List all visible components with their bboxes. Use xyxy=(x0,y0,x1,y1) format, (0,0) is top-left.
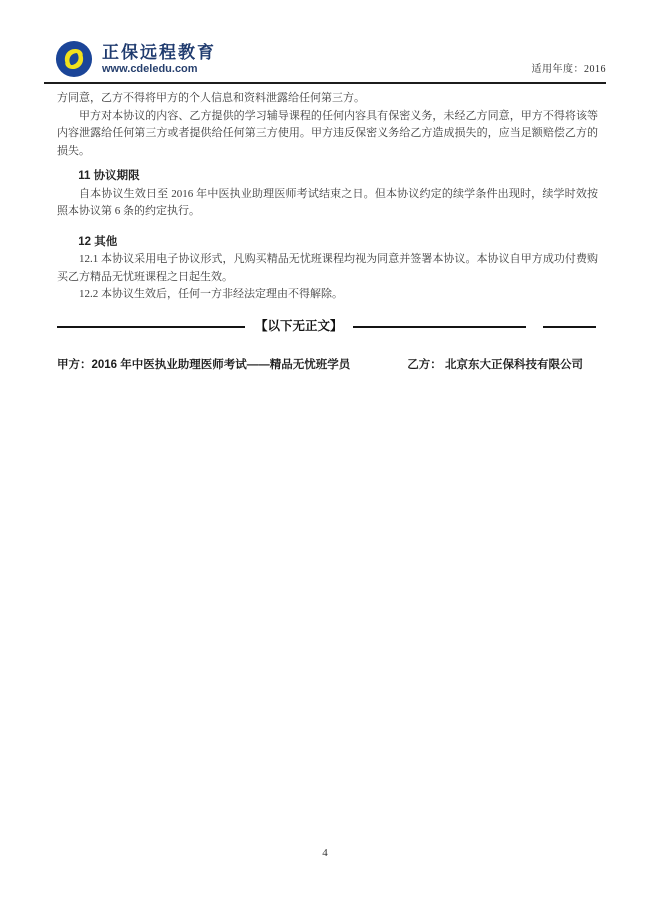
divider-dash-left xyxy=(57,326,245,329)
brand-block: 正保远程教育 www.cdeledu.com xyxy=(44,40,216,78)
applicable-year-label: 适用年度：2016 xyxy=(532,63,607,77)
section-11-body: 自本协议生效日至 2016 年中医执业助理医师考试结束之日。但本协议约定的续学条… xyxy=(57,186,598,221)
divider-dash-right xyxy=(353,326,526,329)
contract-body: 方同意，乙方不得将甲方的个人信息和资料泄露给任何第三方。 甲方对本协议的内容、乙… xyxy=(57,90,598,374)
brand-logo-icon xyxy=(55,40,93,78)
confidentiality-paragraph: 甲方对本协议的内容、乙方提供的学习辅导课程的任何内容具有保密义务，未经乙方同意，… xyxy=(57,108,598,161)
section-12-heading: 12 其他 xyxy=(57,234,598,252)
page-number: 4 xyxy=(0,847,650,859)
brand-url: www.cdeledu.com xyxy=(102,63,216,76)
signature-row: 甲方：2016 年中医执业助理医师考试——精品无忧班学员 乙方： 北京东大正保科… xyxy=(57,357,598,375)
section-12-clause-2: 12.2 本协议生效后，任何一方非经法定理由不得解除。 xyxy=(57,286,598,304)
divider-dash-right-short xyxy=(543,326,596,329)
continuation-line: 方同意，乙方不得将甲方的个人信息和资料泄露给任何第三方。 xyxy=(57,90,598,108)
brand-text: 正保远程教育 www.cdeledu.com xyxy=(102,43,216,76)
end-of-text-divider: 【以下无正文】 xyxy=(57,319,598,336)
party-a-signature: 甲方：2016 年中医执业助理医师考试——精品无忧班学员 xyxy=(57,357,350,375)
section-12-clause-1: 12.1 本协议采用电子协议形式，凡购买精品无忧班课程均视为同意并签署本协议。本… xyxy=(57,251,598,286)
document-page: 正保远程教育 www.cdeledu.com 适用年度：2016 方同意，乙方不… xyxy=(0,0,650,919)
section-11-heading: 11 协议期限 xyxy=(57,168,598,186)
page-header: 正保远程教育 www.cdeledu.com 适用年度：2016 xyxy=(44,40,606,84)
end-of-text-marker: 【以下无正文】 xyxy=(245,318,353,336)
brand-name: 正保远程教育 xyxy=(102,43,216,63)
party-b-signature: 乙方： 北京东大正保科技有限公司 xyxy=(407,357,583,375)
